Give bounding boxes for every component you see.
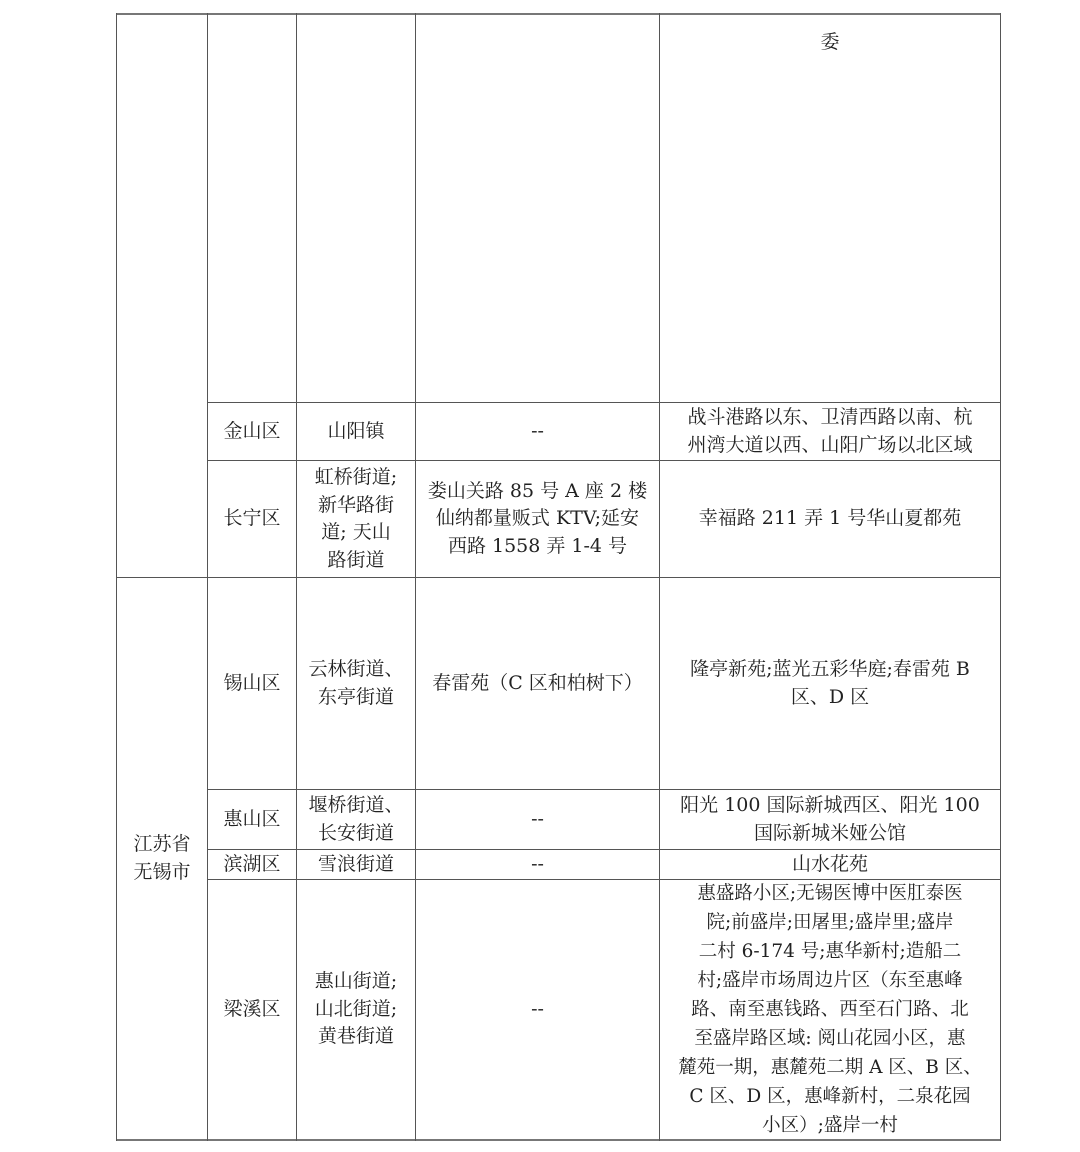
cell-text: -- — [531, 418, 544, 446]
high-risk-cell: -- — [416, 880, 659, 1139]
high-risk-cell: 春雷苑（C 区和柏树下） — [416, 578, 659, 789]
cell-text: 惠山街道; 山北街道; 黄巷街道 — [315, 968, 397, 1051]
province-city-cell: 江苏省 无锡市 — [117, 578, 207, 1139]
cell-text: 山水花苑 — [792, 851, 868, 879]
mid-risk-cell: 阳光 100 国际新城西区、阳光 100 国际新城米娅公馆 — [660, 790, 1000, 849]
cell-text: 战斗港路以东、卫清西路以南、杭 州湾大道以西、山阳广场以北区域 — [687, 404, 972, 459]
street-cell: 惠山街道; 山北街道; 黄巷街道 — [297, 880, 415, 1139]
cell-text: 阳光 100 国际新城西区、阳光 100 国际新城米娅公馆 — [680, 792, 980, 847]
district-cell: 惠山区 — [208, 790, 296, 849]
cell-text: 梁溪区 — [223, 996, 280, 1024]
high-risk-cell: -- — [416, 790, 659, 849]
district-cell: 梁溪区 — [208, 880, 296, 1139]
cell-text: 委 — [820, 29, 839, 57]
district-cell: 金山区 — [208, 403, 296, 460]
district-cell: 锡山区 — [208, 578, 296, 789]
street-cell: 堰桥街道、 长安街道 — [297, 790, 415, 849]
cell-text: 娄山关路 85 号 A 座 2 楼 仙纳都量贩式 KTV;延安 西路 1558 … — [428, 478, 647, 561]
cell-text: -- — [531, 851, 544, 879]
continued-mid-risk-cell: 委 — [660, 15, 1000, 402]
cell-text: 江苏省 无锡市 — [133, 831, 190, 886]
cell-text: 锡山区 — [223, 670, 280, 698]
high-risk-cell: -- — [416, 403, 659, 460]
mid-risk-cell: 惠盛路小区;无锡医博中医肛泰医 院;前盛岸;田屠里;盛岸里;盛岸 二村 6-17… — [660, 880, 1000, 1139]
mid-risk-cell: 幸福路 211 弄 1 号华山夏都苑 — [660, 461, 1000, 577]
district-cell: 长宁区 — [208, 461, 296, 577]
street-cell: 虹桥街道; 新华路街 道; 天山 路街道 — [297, 461, 415, 577]
cell-text: -- — [531, 806, 544, 834]
cell-text: 长宁区 — [223, 505, 280, 533]
street-cell: 雪浪街道 — [297, 850, 415, 879]
cell-text: 云林街道、 东亭街道 — [308, 656, 403, 711]
cell-text: -- — [531, 996, 544, 1024]
cell-text: 幸福路 211 弄 1 号华山夏都苑 — [699, 505, 962, 533]
cell-text: 金山区 — [223, 418, 280, 446]
cell-text: 惠山区 — [223, 806, 280, 834]
mid-risk-cell: 山水花苑 — [660, 850, 1000, 879]
risk-area-table: 委 金山区 山阳镇 -- 战斗港路以东、卫清西路以南、杭 州湾大道以西、山阳广场… — [0, 0, 1080, 1152]
street-cell: 云林街道、 东亭街道 — [297, 578, 415, 789]
district-cell: 滨湖区 — [208, 850, 296, 879]
cell-text: 滨湖区 — [223, 851, 280, 879]
col-divider — [1000, 13, 1001, 1141]
cell-text: 虹桥街道; 新华路街 道; 天山 路街道 — [315, 464, 397, 574]
street-cell: 山阳镇 — [297, 403, 415, 460]
cell-text: 堰桥街道、 长安街道 — [308, 792, 403, 847]
cell-text: 隆亭新苑;蓝光五彩华庭;春雷苑 B 区、D 区 — [690, 656, 970, 711]
high-risk-cell: 娄山关路 85 号 A 座 2 楼 仙纳都量贩式 KTV;延安 西路 1558 … — [416, 461, 659, 577]
cell-text: 春雷苑（C 区和柏树下） — [432, 670, 643, 698]
cell-text: 雪浪街道 — [318, 851, 394, 879]
cell-text: 惠盛路小区;无锡医博中医肛泰医 院;前盛岸;田屠里;盛岸里;盛岸 二村 6-17… — [678, 879, 982, 1140]
cell-text: 山阳镇 — [327, 418, 384, 446]
mid-risk-cell: 隆亭新苑;蓝光五彩华庭;春雷苑 B 区、D 区 — [660, 578, 1000, 789]
high-risk-cell: -- — [416, 850, 659, 879]
mid-risk-cell: 战斗港路以东、卫清西路以南、杭 州湾大道以西、山阳广场以北区域 — [660, 403, 1000, 460]
